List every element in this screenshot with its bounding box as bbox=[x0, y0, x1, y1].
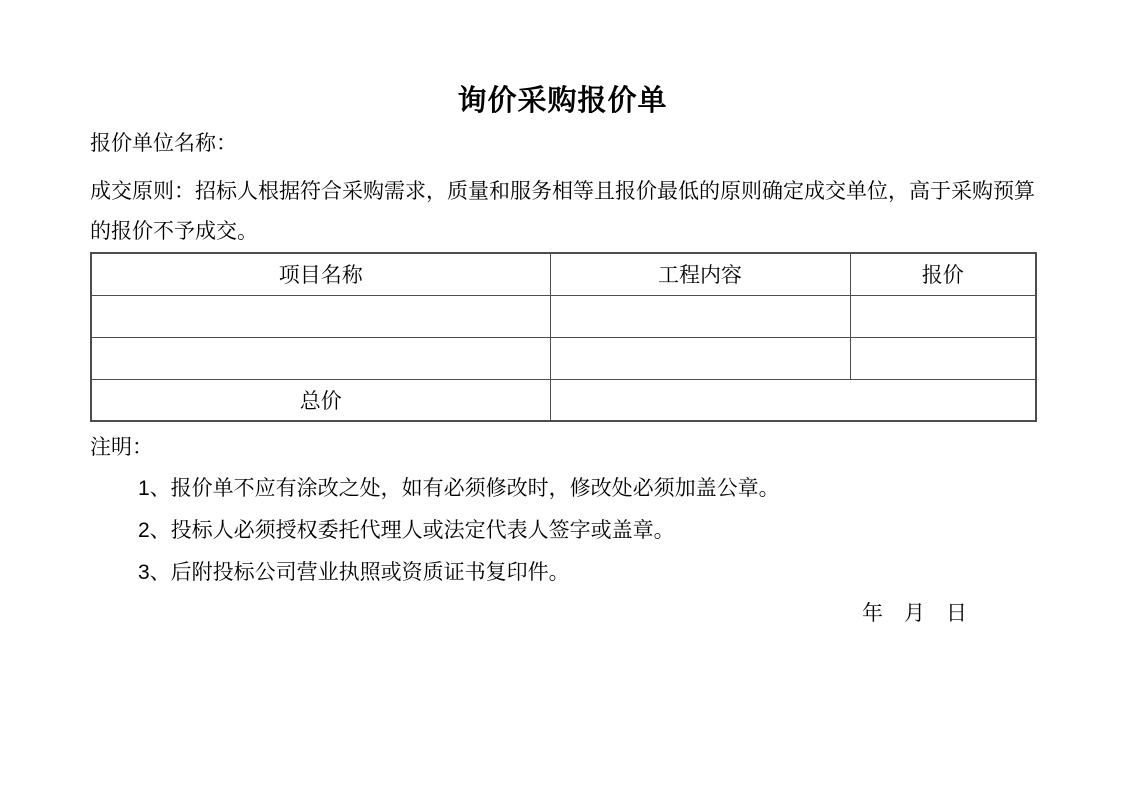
total-price-value[interactable] bbox=[550, 379, 1036, 421]
cell-project-name-2[interactable] bbox=[91, 337, 550, 379]
note-item-3: 3、后附投标公司营业执照或资质证书复印件。 bbox=[138, 552, 1035, 594]
table-row bbox=[91, 295, 1036, 337]
date-line: 年 月 日 bbox=[90, 594, 1035, 634]
table-header-row: 项目名称 工程内容 报价 bbox=[91, 253, 1036, 295]
table-total-row: 总价 bbox=[91, 379, 1036, 421]
document-page: 询价采购报价单 报价单位名称： 成交原则：招标人根据符合采购需求，质量和服务相等… bbox=[0, 0, 1121, 793]
unit-name-label: 报价单位名称： bbox=[90, 124, 1035, 164]
cell-quote-price-2[interactable] bbox=[850, 337, 1036, 379]
total-price-label: 总价 bbox=[91, 379, 550, 421]
cell-project-name-1[interactable] bbox=[91, 295, 550, 337]
table-row bbox=[91, 337, 1036, 379]
page-title: 询价采购报价单 bbox=[90, 84, 1035, 118]
document-content: 询价采购报价单 报价单位名称： 成交原则：招标人根据符合采购需求，质量和服务相等… bbox=[90, 84, 1035, 634]
header-quote-price: 报价 bbox=[850, 253, 1036, 295]
notes-label: 注明： bbox=[90, 428, 1035, 468]
notes-list: 1、报价单不应有涂改之处，如有必须修改时，修改处必须加盖公章。 2、投标人必须授… bbox=[90, 468, 1035, 594]
note-item-1: 1、报价单不应有涂改之处，如有必须修改时，修改处必须加盖公章。 bbox=[138, 468, 1035, 510]
cell-project-content-1[interactable] bbox=[550, 295, 850, 337]
cell-project-content-2[interactable] bbox=[550, 337, 850, 379]
header-project-content: 工程内容 bbox=[550, 253, 850, 295]
note-item-2: 2、投标人必须授权委托代理人或法定代表人签字或盖章。 bbox=[138, 510, 1035, 552]
header-project-name: 项目名称 bbox=[91, 253, 550, 295]
cell-quote-price-1[interactable] bbox=[850, 295, 1036, 337]
quotation-table: 项目名称 工程内容 报价 总价 bbox=[90, 252, 1037, 422]
deal-principle-paragraph: 成交原则：招标人根据符合采购需求，质量和服务相等且报价最低的原则确定成交单位，高… bbox=[90, 172, 1035, 252]
